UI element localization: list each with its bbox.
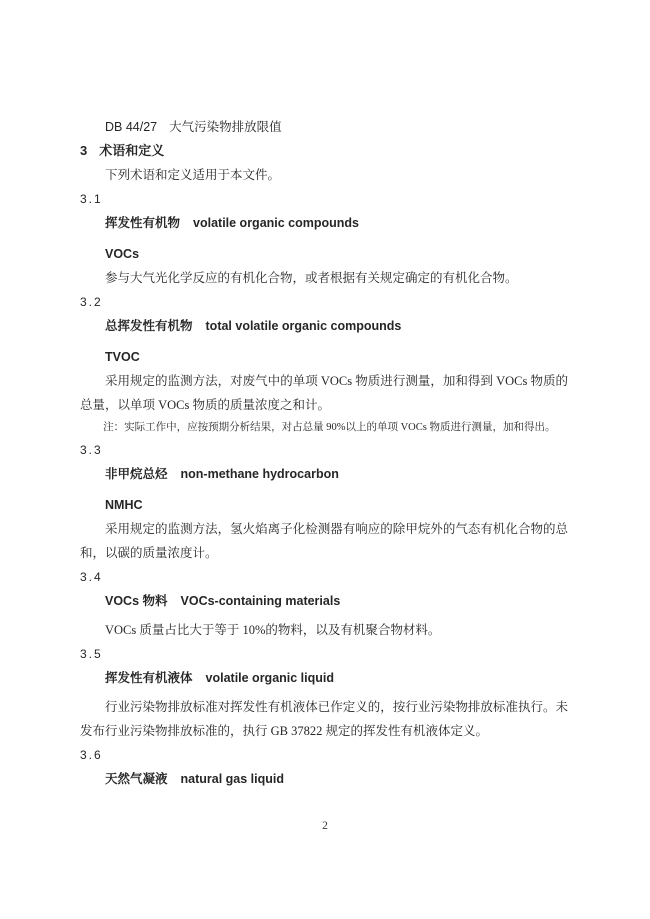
- page-number: 2: [0, 820, 650, 832]
- term-title-3-6: 天然气凝液natural gas liquid: [80, 767, 568, 791]
- section-intro: 下列术语和定义适用于本文件。: [80, 163, 568, 187]
- term-en-3-2: total volatile organic compounds: [206, 319, 402, 333]
- section-title: 术语和定义: [99, 143, 164, 158]
- term-title-3-4: VOCs 物料VOCs-containing materials: [80, 589, 568, 613]
- document-page: DB 44/27大气污染物排放限值 3术语和定义 下列术语和定义适用于本文件。 …: [0, 0, 650, 919]
- term-cn-3-4: VOCs 物料: [105, 594, 168, 608]
- term-cn-3-1: 挥发性有机物: [105, 216, 180, 230]
- term-note-3-2: 注：实际工作中，应按预期分析结果，对占总量 90%以上的单项 VOCs 物质进行…: [80, 417, 568, 438]
- term-definition-3-4: VOCs 质量占比大于等于 10%的物料，以及有机聚合物材料。: [80, 618, 568, 642]
- term-abbr-3-2: TVOC: [80, 345, 568, 369]
- term-cn-3-2: 总挥发性有机物: [105, 319, 193, 333]
- term-definition-3-5: 行业污染物排放标准对挥发性有机液体已作定义的，按行业污染物排放标准执行。未发布行…: [80, 695, 568, 743]
- term-en-3-5: volatile organic liquid: [206, 671, 335, 685]
- term-definition-3-2: 采用规定的监测方法，对废气中的单项 VOCs 物质进行测量，加和得到 VOCs …: [80, 369, 568, 417]
- term-title-3-2: 总挥发性有机物total volatile organic compounds: [80, 314, 568, 338]
- section-number: 3: [80, 143, 87, 158]
- term-id-3-6: 3.6: [80, 743, 568, 767]
- term-title-3-1: 挥发性有机物volatile organic compounds: [80, 211, 568, 235]
- reference-title: 大气污染物排放限值: [169, 120, 282, 134]
- term-title-3-3: 非甲烷总烃non-methane hydrocarbon: [80, 462, 568, 486]
- term-en-3-4: VOCs-containing materials: [181, 594, 341, 608]
- term-definition-3-1: 参与大气光化学反应的有机化合物，或者根据有关规定确定的有机化合物。: [80, 266, 568, 290]
- term-id-3-3: 3.3: [80, 438, 568, 462]
- term-cn-3-5: 挥发性有机液体: [105, 671, 193, 685]
- term-abbr-3-3: NMHC: [80, 493, 568, 517]
- term-cn-3-3: 非甲烷总烃: [105, 467, 168, 481]
- term-title-3-5: 挥发性有机液体volatile organic liquid: [80, 666, 568, 690]
- term-id-3-5: 3.5: [80, 642, 568, 666]
- normative-reference-item: DB 44/27大气污染物排放限值: [80, 115, 568, 139]
- term-id-3-2: 3.2: [80, 290, 568, 314]
- term-cn-3-6: 天然气凝液: [105, 772, 168, 786]
- term-id-3-1: 3.1: [80, 187, 568, 211]
- term-en-3-3: non-methane hydrocarbon: [181, 467, 339, 481]
- term-en-3-1: volatile organic compounds: [193, 216, 359, 230]
- term-definition-3-3: 采用规定的监测方法，氢火焰离子化检测器有响应的除甲烷外的气态有机化合物的总和，以…: [80, 517, 568, 565]
- reference-code: DB 44/27: [105, 120, 157, 134]
- term-abbr-3-1: VOCs: [80, 242, 568, 266]
- term-en-3-6: natural gas liquid: [181, 772, 285, 786]
- section-heading: 3术语和定义: [80, 139, 568, 163]
- term-id-3-4: 3.4: [80, 565, 568, 589]
